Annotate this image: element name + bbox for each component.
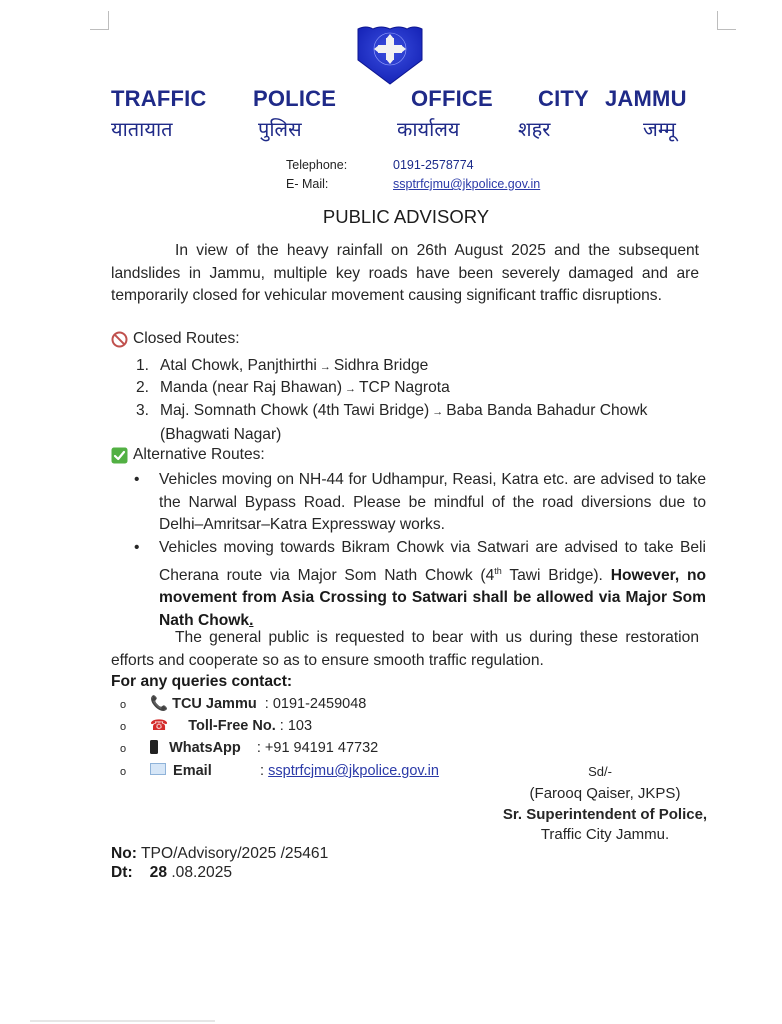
route-text-part: Tawi Bridge).: [502, 567, 611, 584]
separator: :: [276, 718, 288, 734]
heading-word-traffic: TRAFFIC: [111, 86, 207, 112]
contact-value: 103: [288, 718, 312, 734]
arrow-icon: →: [320, 361, 331, 373]
contact-label: Toll-Free No.: [188, 718, 276, 734]
reference-dt-label: Dt:: [111, 864, 133, 881]
closed-routes-label: Closed Routes:: [133, 330, 240, 348]
signatory-name: (Farooq Qaiser, JKPS): [495, 785, 715, 802]
telephone-value: 0191-2578774: [393, 158, 474, 172]
alternative-route-text: Vehicles moving on NH-44 for Udhampur, R…: [159, 469, 706, 537]
contact-item-whatsapp: o WhatsApp : +91 94191 47732: [120, 740, 378, 756]
page-bottom-edge: [30, 1020, 215, 1022]
heading-word-city: CITY: [538, 86, 589, 112]
email-label: E- Mail:: [286, 177, 328, 191]
intro-paragraph: In view of the heavy rainfall on 26th Au…: [111, 240, 699, 308]
heading-hindi-city: शहर: [518, 115, 550, 142]
closed-routes-heading: Closed Routes:: [111, 330, 240, 348]
reference-date: Dt:28 .08.2025: [111, 864, 232, 882]
alternative-route-item: • Vehicles moving on NH-44 for Udhampur,…: [134, 469, 706, 537]
list-number: 1.: [136, 355, 160, 378]
contact-label: TCU Jammu: [172, 696, 257, 712]
contact-item-tcu: o📞 TCU Jammu : 0191-2459048: [120, 695, 366, 712]
telephone-icon: ☎: [150, 718, 168, 734]
check-icon: [111, 447, 128, 464]
closing-paragraph: The general public is requested to bear …: [111, 627, 699, 672]
heading-hindi-traffic: यातायात: [111, 115, 173, 142]
contact-label: Email: [173, 763, 212, 779]
reference-dt-rest: .08.2025: [167, 864, 232, 881]
signatory-office: Traffic City Jammu.: [495, 826, 715, 843]
list-number: 3.: [136, 400, 160, 423]
route-to: TCP Nagrota: [359, 379, 450, 396]
arrow-icon: →: [432, 406, 443, 418]
circle-bullet-icon: o: [120, 699, 150, 711]
telephone-label: Telephone:: [286, 158, 347, 172]
signatory-designation: Sr. Superintendent of Police,: [490, 806, 720, 823]
phone-icon: 📞: [150, 696, 168, 712]
contact-value: +91 94191 47732: [265, 740, 378, 756]
contact-value: 0191-2459048: [273, 696, 367, 712]
prohibited-icon: [111, 331, 128, 348]
route-to: Sidhra Bridge: [334, 357, 428, 374]
superscript: th: [494, 566, 502, 576]
closed-route-item: 2.Manda (near Raj Bhawan)→TCP Nagrota: [136, 377, 706, 401]
contact-label: WhatsApp: [169, 740, 241, 756]
alternative-routes-heading: Alternative Routes:: [111, 446, 265, 464]
queries-heading: For any queries contact:: [111, 673, 292, 691]
reference-no-label: No:: [111, 845, 137, 862]
circle-bullet-icon: o: [120, 743, 150, 755]
reference-number: No: TPO/Advisory/2025 /25461: [111, 845, 328, 863]
bullet-icon: •: [134, 537, 139, 560]
route-from: Maj. Somnath Chowk (4th Tawi Bridge): [160, 402, 429, 419]
heading-word-office: OFFICE: [411, 86, 493, 112]
email-link[interactable]: ssptrfcjmu@jkpolice.gov.in: [268, 763, 439, 779]
bullet-icon: •: [134, 469, 139, 492]
separator: :: [241, 740, 265, 756]
route-from: Atal Chowk, Panjthirthi: [160, 357, 317, 374]
police-logo: [356, 26, 424, 86]
heading-hindi-jammu: जम्मू: [643, 115, 676, 142]
heading-hindi-police: पुलिस: [258, 115, 302, 142]
mobile-phone-icon: [150, 740, 158, 754]
signature-sd: Sd/-: [580, 764, 620, 779]
contact-item-email: o Email : ssptrfcjmu@jkpolice.gov.in: [120, 763, 439, 779]
email-icon: [150, 763, 166, 775]
separator: :: [257, 696, 273, 712]
page-corner-mark: [90, 11, 109, 30]
page-title: PUBLIC ADVISORY: [0, 206, 782, 228]
heading-word-jammu: JAMMU: [605, 86, 687, 112]
heading-word-police: POLICE: [253, 86, 336, 112]
route-from: Manda (near Raj Bhawan): [160, 379, 342, 396]
list-number: 2.: [136, 377, 160, 400]
reference-dt-day: 28: [150, 864, 167, 881]
heading-hindi-office: कार्यालय: [397, 115, 459, 142]
closing-text: The general public is requested to bear …: [111, 629, 699, 669]
arrow-icon: →: [345, 383, 356, 395]
reference-no-value: TPO/Advisory/2025 /25461: [137, 845, 328, 862]
circle-bullet-icon: o: [120, 766, 150, 778]
circle-bullet-icon: o: [120, 721, 150, 733]
alternative-routes-label: Alternative Routes:: [133, 446, 265, 464]
closed-route-item: 3.Maj. Somnath Chowk (4th Tawi Bridge)→B…: [136, 400, 720, 446]
page-corner-mark: [717, 11, 736, 30]
intro-text: In view of the heavy rainfall on 26th Au…: [111, 242, 699, 304]
closed-route-item: 1.Atal Chowk, Panjthirthi→Sidhra Bridge: [136, 355, 706, 379]
alternative-route-item: • Vehicles moving towards Bikram Chowk v…: [134, 537, 706, 632]
contact-item-tollfree: o☎ Toll-Free No. : 103: [120, 718, 312, 734]
email-link[interactable]: ssptrfcjmu@jkpolice.gov.in: [393, 177, 540, 191]
alternative-route-text: Vehicles moving towards Bikram Chowk via…: [159, 537, 706, 632]
separator: :: [212, 763, 268, 779]
